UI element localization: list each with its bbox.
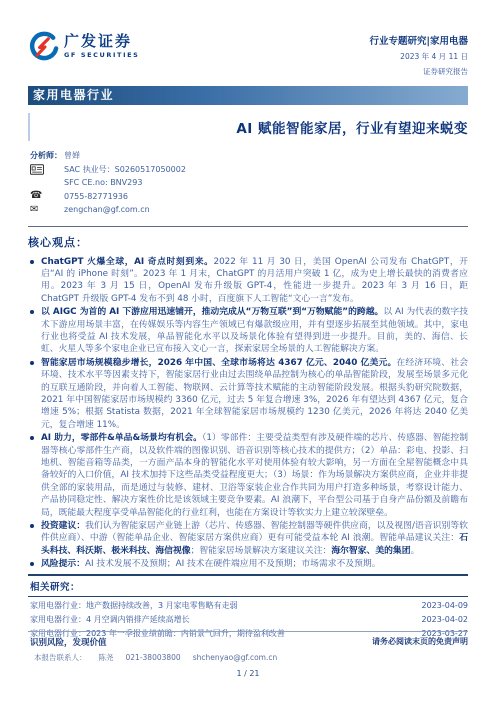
analyst-block: 分析师： 曾婵 SAC 执业号：S0260517050002 SFC CE.no…: [28, 149, 468, 217]
contact-name: 陈尧: [99, 652, 114, 663]
bullet-lead: ChatGPT 火爆全球，AI 奇点时刻到来。: [41, 257, 213, 267]
related-research-heading: 相关研究：: [28, 576, 468, 597]
report-type: 证券研究报告: [370, 66, 468, 77]
bullet-dot-icon: [30, 562, 34, 566]
analyst-name-row: 分析师： 曾婵: [28, 149, 468, 163]
contact-label: 本报告联系人：: [34, 652, 87, 663]
bullet-body: 在经济环境、社会环境、技术水平等因素支持下，智能家居行业由过去围绕单品控制为核心…: [41, 358, 468, 430]
analyst-sfc-row: SFC CE.no: BNV293: [28, 176, 468, 190]
brand-name-en: GF SECURITIES: [64, 52, 139, 59]
analyst-label: 分析师：: [28, 150, 64, 161]
bullet-body: 我们认为智能家居产业链上游（芯片、传感器、智能控制器等硬件供应商，以及视图/语音…: [41, 521, 468, 543]
bullet-dot-icon: [30, 361, 34, 365]
bullet-dot-icon: [30, 524, 34, 528]
footer-slogan: 识别风险，发现价值: [28, 636, 107, 648]
analyst-sac-row: SAC 执业号：S0260517050002: [28, 163, 468, 177]
bullet-chatgpt: ChatGPT 火爆全球，AI 奇点时刻到来。2022 年 11 月 30 日，…: [28, 256, 468, 306]
analyst-sac-number: SAC 执业号：S0260517050002: [64, 164, 186, 175]
bullet-lead: 智能家居市场规模稳步增长，2026 年中国、全球市场将达 4367 亿元、204…: [41, 358, 396, 368]
report-date: 2023 年 4 月 11 日: [370, 51, 468, 62]
footer-disclaimer: 请务必阅读末页的免责声明: [372, 636, 468, 648]
industry-banner: 家用电器行业: [28, 86, 468, 105]
bullet-risk-warning: 风险提示：AI 技术发展不及预期；AI 技术在硬件端应用不及预期；市场需求不及预…: [28, 558, 468, 570]
bullet-aigc: 以 AIGC 为首的 AI 下游应用迅速铺开，推动完成从“万物互联”到“万物赋能…: [28, 306, 468, 356]
analyst-phone-row: ☎ 0755-82771936: [28, 190, 468, 204]
bullet-opportunities: AI 助力，零部件&单品&场景均有机会。（1）零部件：主要受益类型有涉及硬件端的…: [28, 432, 468, 519]
core-viewpoints-heading: 核心观点：: [28, 234, 468, 250]
bullet-body: （1）零部件：主要受益类型有涉及硬件端的芯片、传感器、智能控制器等核心零部件生产…: [41, 433, 468, 517]
bullet-body: ；智能家居场景解决方案建议关注：: [191, 546, 332, 556]
page-number: 1 / 21: [28, 669, 468, 678]
bullet-lead: 投资建议：: [41, 521, 85, 531]
analyst-phone: 0755-82771936: [64, 192, 128, 201]
bullet-lead: 以 AIGC 为首的 AI 下游应用迅速铺开，推动完成从“万物互联”到“万物赋能…: [41, 307, 383, 317]
related-report-date: 2023-04-09: [422, 599, 469, 613]
contact-email: shchenyao@gf.com.cn: [193, 653, 278, 662]
recommended-stocks: 海尔智家、美的集团: [331, 546, 410, 556]
bullet-lead: 风险提示：: [41, 559, 85, 569]
report-page: 广发证券 GF SECURITIES 行业专题研究|家用电器 2023 年 4 …: [0, 0, 496, 701]
bullet-dot-icon: [30, 436, 34, 440]
logo-text: 广发证券 GF SECURITIES: [64, 34, 139, 59]
bullet-investment-advice: 投资建议：我们认为智能家居产业链上游（芯片、传感器、智能控制器等硬件供应商，以及…: [28, 520, 468, 557]
core-viewpoints-list: ChatGPT 火爆全球，AI 奇点时刻到来。2022 年 11 月 30 日，…: [28, 256, 468, 571]
bullet-dot-icon: [30, 310, 34, 314]
bullet-body: AI 技术发展不及预期；AI 技术在硬件端应用不及预期；市场需求不及预期。: [85, 559, 381, 569]
contact-phone: 021-38003800: [126, 653, 181, 662]
gf-logo-icon: [28, 31, 59, 62]
analyst-sfc-number: SFC CE.no: BNV293: [64, 178, 142, 187]
page-footer: 识别风险，发现价值 请务必阅读末页的免责声明 本报告联系人： 陈尧 021-38…: [28, 631, 468, 678]
table-row: 家用电器行业：4 月空调内销排产延续高增长 2023-04-02: [28, 613, 468, 627]
id-card-icon: [28, 164, 64, 175]
report-category: 行业专题研究|家用电器: [370, 33, 468, 47]
analyst-email: zengchan@gf.com.cn: [64, 205, 150, 214]
title-row: AI 赋能智能家居，行业有望迎来蜕变: [28, 113, 468, 141]
related-report-title: 家用电器行业：4 月空调内销排产延续高增长: [28, 613, 190, 627]
footer-top-row: 识别风险，发现价值 请务必阅读末页的免责声明: [28, 631, 468, 648]
report-meta: 行业专题研究|家用电器 2023 年 4 月 11 日 证券研究报告: [370, 31, 468, 77]
section-divider: [28, 226, 468, 227]
page-header: 广发证券 GF SECURITIES 行业专题研究|家用电器 2023 年 4 …: [28, 0, 468, 77]
brand-name-cn: 广发证券: [64, 34, 139, 49]
related-report-title: 家用电器行业：地产数据持续改善，3 月家电零售略有走弱: [28, 599, 238, 613]
bullet-lead: AI 助力，零部件&单品&场景均有机会。: [41, 433, 202, 443]
analyst-name: 曾婵: [64, 150, 80, 161]
analyst-email-row: ✉ zengchan@gf.com.cn: [28, 203, 468, 217]
related-report-date: 2023-04-02: [422, 613, 469, 627]
bullet-market-size: 智能家居市场规模稳步增长，2026 年中国、全球市场将达 4367 亿元、204…: [28, 357, 468, 431]
gf-securities-logo: 广发证券 GF SECURITIES: [28, 31, 139, 62]
envelope-icon: ✉: [28, 205, 64, 215]
report-title: AI 赋能智能家居，行业有望迎来蜕变: [236, 121, 468, 137]
title-left-accent: [28, 113, 30, 141]
footer-contact-row: 本报告联系人： 陈尧 021-38003800 shchenyao@gf.com…: [28, 652, 468, 663]
phone-icon: ☎: [28, 191, 64, 201]
bullet-dot-icon: [30, 260, 34, 264]
bullet-body: 。: [411, 546, 420, 556]
table-row: 家用电器行业：地产数据持续改善，3 月家电零售略有走弱 2023-04-09: [28, 599, 468, 613]
